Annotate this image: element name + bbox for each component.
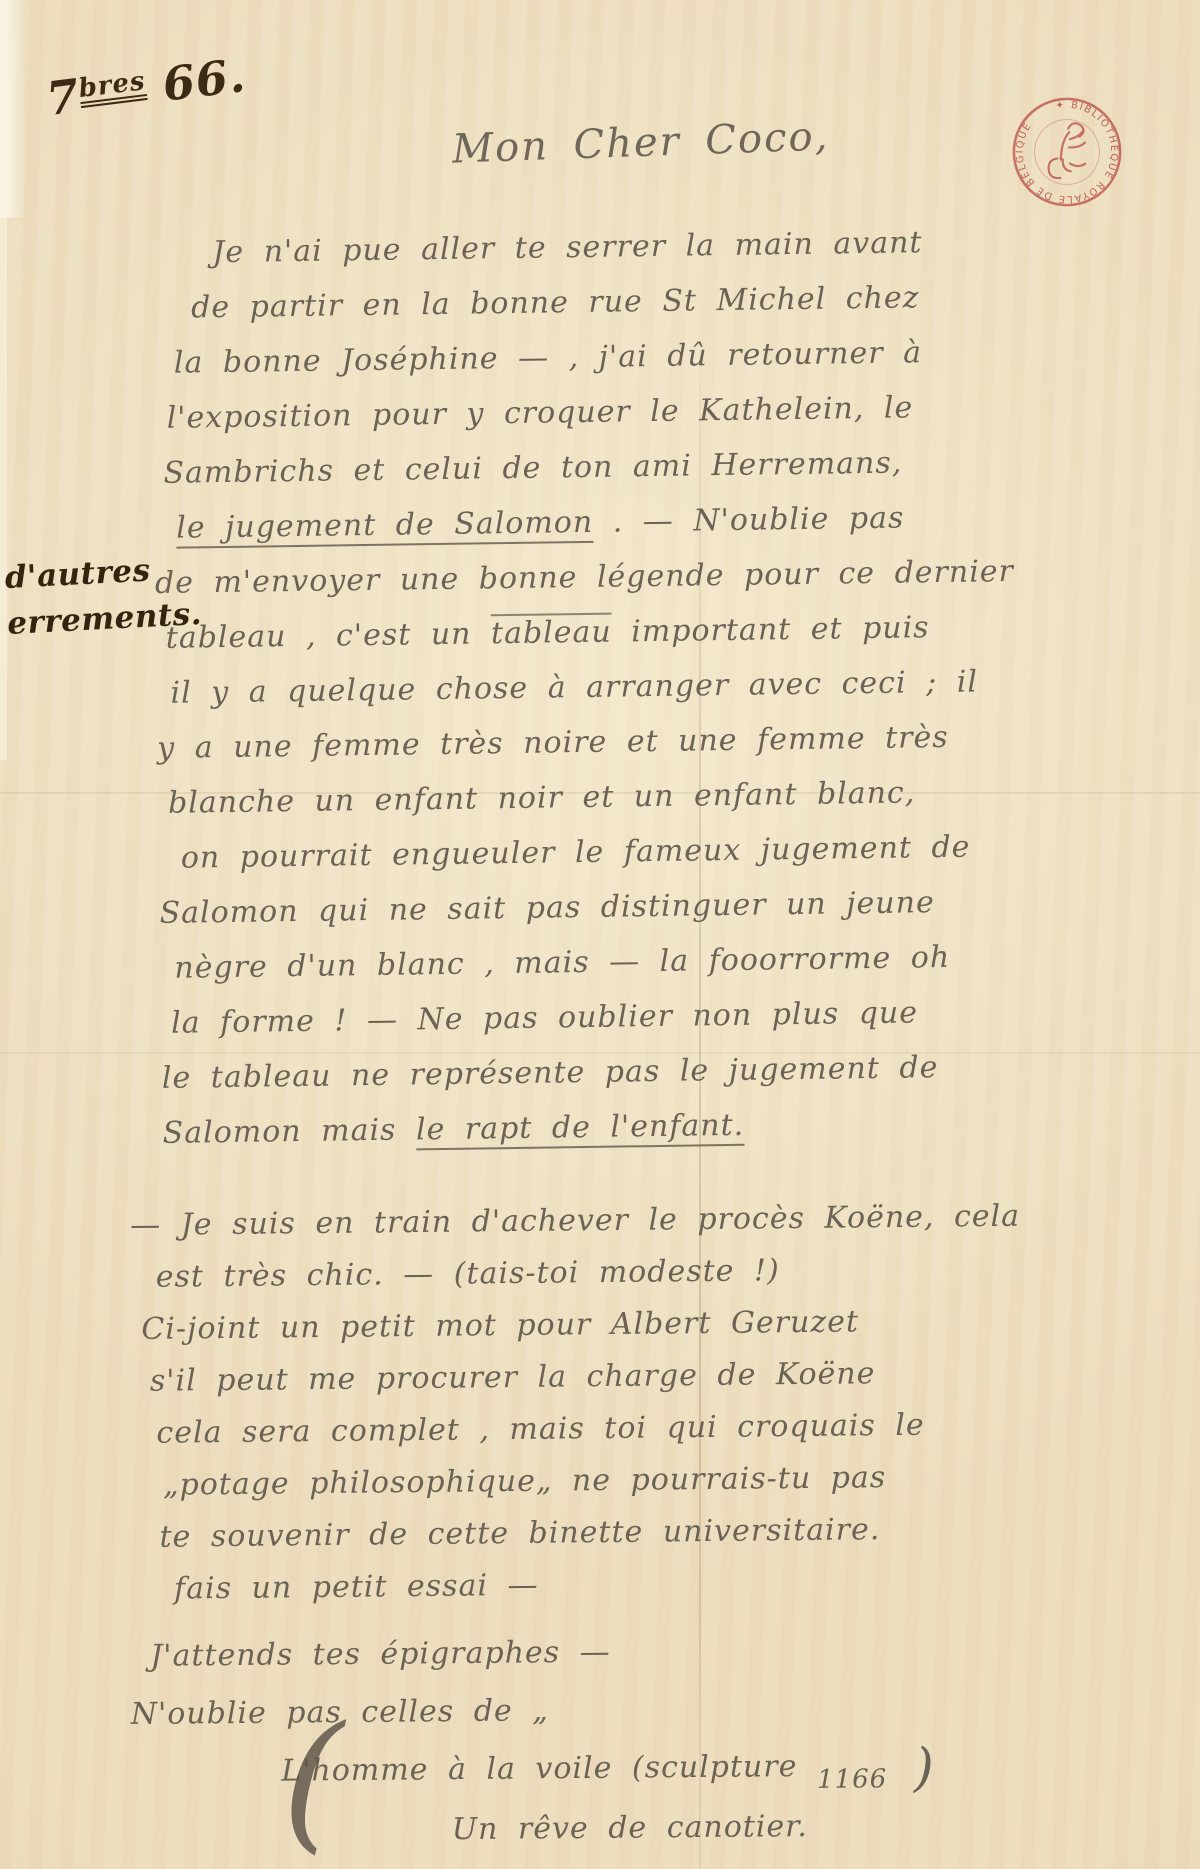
text-segment: Salomon mais [162,1112,416,1151]
stamp-inner-ring [1028,113,1107,192]
salutation: Mon Cher Coco, [451,113,830,172]
date-year: 66. [143,48,249,114]
text-segment: est très chic. — (tais-toi modeste !) [156,1253,780,1295]
text-segment: Sambrichs et celui de ton ami Herremans, [163,446,902,491]
letter-line: N'oublie pas celles de „ [121,1677,1141,1744]
text-segment: J'attends tes épigraphes — [150,1635,611,1674]
text-segment: blanche un enfant noir et un enfant blan… [168,775,916,820]
text-segment: de partir en la bonne rue St Michel chez [191,280,920,325]
text-segment: fais un petit essai — [174,1568,539,1607]
closing-parenthesis: ( [280,1705,344,1857]
date-annotation: 7bres 66. [43,48,248,126]
paper-edge-highlight [0,0,7,760]
library-stamp: ✦ BIBLIOTHÈQUE ROYALE DE BELGIQUE [995,80,1138,223]
text-segment: — Je suis en train d'achever le procès K… [130,1199,1020,1243]
letter-line: L'homme à la voile (sculpture 1166 ) [121,1735,1141,1804]
text-segment: . — N'oublie pas [593,500,905,539]
letter-page: 7bres 66. ✦ BIBLIOTHÈQUE ROYALE DE BELGI… [0,0,1200,1869]
text-segment: la forme ! — Ne pas oublier non plus que [171,995,918,1040]
underlined-phrase: le rapt de l'enfant. [416,1108,745,1148]
text-segment: Salomon qui ne sait pas distinguer un je… [159,885,935,931]
text-segment: Je n'ai pue aller te serrer la main avan… [212,225,923,270]
text-segment: ) [887,1738,935,1798]
text-segment: tableau , c'est un [166,616,492,656]
text-segment: il y a quelque chose à arranger avec cec… [170,664,978,710]
text-segment: nègre d'un blanc , mais — la fooorrorme … [174,940,950,986]
text-segment: Un rêve de canotier. [452,1809,808,1847]
text-segment: „potage philosophique„ ne pourrais-tu pa… [163,1460,887,1503]
text-segment: tableau [491,615,612,652]
letter-paragraph-exposition: Je n'ai pue aller te serrer la main avan… [150,212,1183,1161]
text-segment: important et puis [611,610,929,649]
text-segment: y a une femme très noire et une femme tr… [157,720,949,766]
text-segment: s'il peut me procurer la charge de Koëne [150,1356,876,1399]
text-segment: 1166 [817,1764,887,1795]
letter-paragraph-koene: — Je suis en train d'achever le procès K… [130,1189,1184,1616]
text-segment: la bonne Joséphine — , j'ai dû retourner… [174,335,923,380]
svg-text:✦ BIBLIOTHÈQUE ROYALE DE BELGI: ✦ BIBLIOTHÈQUE ROYALE DE BELGIQUE [1003,88,1132,215]
stamp-lion-icon [1039,122,1093,181]
letter-closing-lines: J'attends tes épigraphes —N'oublie pas c… [120,1619,1142,1862]
stamp-ring-text: ✦ BIBLIOTHÈQUE ROYALE DE BELGIQUE [1003,88,1132,215]
text-segment: on pourrait engueuler le fameux jugement… [181,830,971,876]
text-segment: le tableau ne représente pas le jugement… [162,1050,939,1096]
letter-line: fais un petit essai — [134,1553,1184,1616]
text-segment: cela sera complet , mais toi qui croquai… [156,1408,925,1451]
text-segment: Ci-joint un petit mot pour Albert Geruze… [141,1304,859,1347]
text-segment: L'homme à la voile (sculpture [281,1749,817,1789]
text-segment: te souvenir de cette binette universitai… [159,1512,880,1555]
text-segment: l'exposition pour y croquer le Kathelein… [166,390,913,435]
text-segment: de m'envoyer une bonne légende pour ce d… [155,554,1014,601]
date-month-suffix: bres [77,66,147,104]
letter-line: J'attends tes épigraphes — [120,1619,1140,1686]
underlined-phrase: le jugement de Salomon [176,505,593,546]
letter-line: Un rêve de canotier. [122,1795,1142,1862]
